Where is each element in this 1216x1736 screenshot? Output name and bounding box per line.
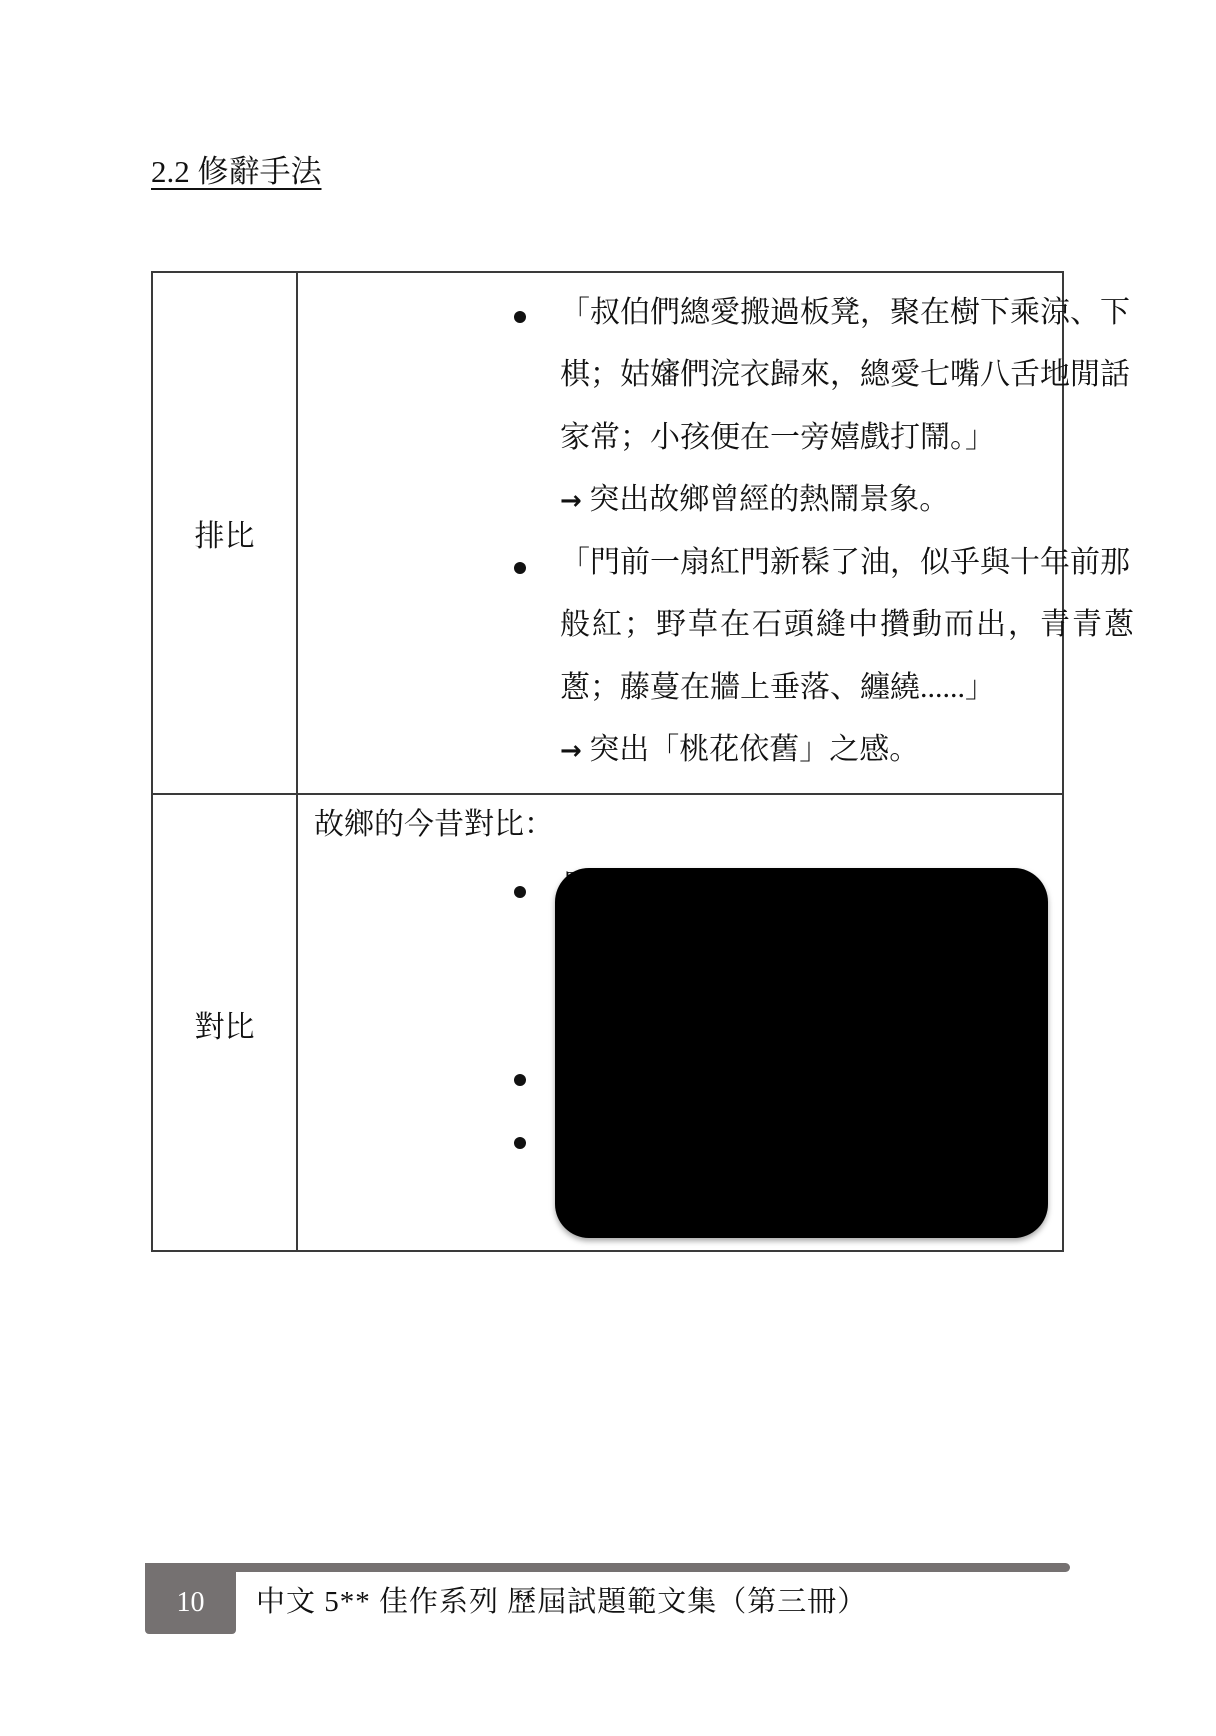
quote-line: 「門前一扇紅門新髹了油，似乎與十年前那 [560, 543, 1130, 583]
quote-line: 蔥；藤蔓在牆上垂落、纏繞......」 [560, 668, 995, 708]
bullet-icon [514, 1074, 526, 1086]
bullet-icon [514, 562, 526, 574]
footer-book-title: 中文 5** 佳作系列 歷屆試題範文集（第三冊） [256, 1582, 867, 1622]
bullet-icon [514, 886, 526, 898]
redaction-box [555, 868, 1048, 1238]
table-row-parallelism: 排比 「叔伯們總愛搬過板凳，聚在樹下乘涼、下 棋；姑嬸們浣衣歸來，總愛七嘴八舌地… [153, 273, 1062, 795]
bullet-icon [514, 311, 526, 323]
row-label-contrast: 對比 [153, 795, 298, 1252]
section-heading: 2.2 修辭手法 [151, 152, 322, 192]
conclusion-line: → 突出「桃花依舊」之感。 [560, 730, 919, 771]
arrow-right-icon: → [560, 736, 582, 766]
arrow-right-icon: → [560, 486, 582, 516]
page-number: 10 [177, 1587, 205, 1619]
quote-line: 「叔伯們總愛搬過板凳，聚在樹下乘涼、下 [560, 293, 1130, 333]
quote-line: 家常；小孩便在一旁嬉戲打鬧。」 [560, 418, 995, 458]
quote-line: 棋；姑嬸們浣衣歸來，總愛七嘴八舌地閒話 [560, 355, 1130, 395]
quote-line: 般紅；野草在石頭縫中攢動而出，青青蔥 [560, 605, 1136, 645]
row-label-parallelism: 排比 [153, 273, 298, 793]
bullet-icon [514, 1137, 526, 1149]
row-content-parallelism: 「叔伯們總愛搬過板凳，聚在樹下乘涼、下 棋；姑嬸們浣衣歸來，總愛七嘴八舌地閒話 … [298, 273, 1062, 793]
conclusion-text: 突出「桃花依舊」之感。 [589, 733, 919, 766]
conclusion-line: → 突出故鄉曾經的熱鬧景象。 [560, 480, 949, 521]
footer-bar [145, 1563, 1070, 1572]
conclusion-text: 突出故鄉曾經的熱鬧景象。 [589, 483, 949, 516]
page-number-tab: 10 [145, 1563, 236, 1634]
contrast-intro: 故鄉的今昔對比： [314, 805, 554, 845]
